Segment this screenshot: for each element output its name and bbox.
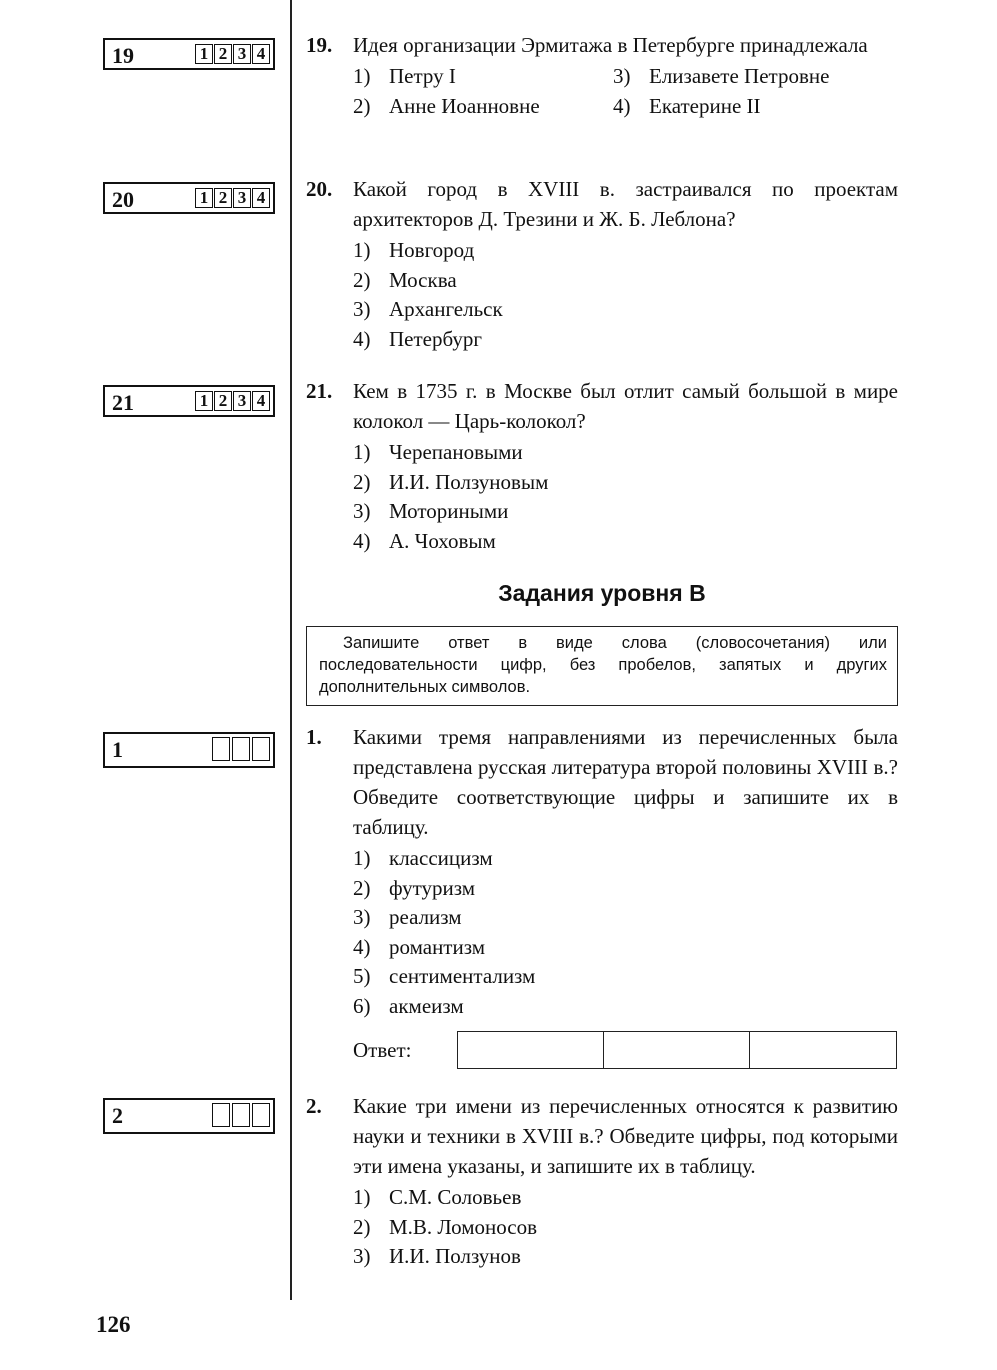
answer-box-21: 21 1 2 3 4 <box>103 385 275 417</box>
options-list: 1)Петру I 3)Елизавете Петровне 2)Анне Ио… <box>353 62 898 121</box>
option-number: 2) <box>353 266 389 296</box>
question-number: 20. <box>306 174 332 204</box>
answer-cells <box>212 1103 270 1127</box>
options-list: 1)классицизм 2)футуризм 3)реализм 4)рома… <box>353 844 898 1021</box>
answer-cell-input[interactable] <box>212 737 230 761</box>
answer-table-cell-2[interactable] <box>604 1032 750 1068</box>
option-number: 6) <box>353 992 389 1022</box>
question-number: 19. <box>306 30 332 60</box>
answer-table-cell-1[interactable] <box>458 1032 604 1068</box>
answer-table <box>457 1031 897 1069</box>
option: 4)Петербург <box>353 325 898 355</box>
answer-box-b1: 1 <box>103 732 275 768</box>
option-number: 3) <box>353 497 389 527</box>
section-title: Задания уровня В <box>306 580 898 607</box>
choice-4-checkbox[interactable]: 4 <box>252 391 270 411</box>
option-text: романтизм <box>389 935 485 959</box>
choice-group: 1 2 3 4 <box>195 44 270 64</box>
option-text: сентиментализм <box>389 964 535 988</box>
option-text: М.В. Ломоносов <box>389 1215 537 1239</box>
option: 1)Петру I <box>353 62 613 92</box>
option-text: С.М. Соловьев <box>389 1185 521 1209</box>
option: 2)И.И. Ползуновым <box>353 468 898 498</box>
choice-4-checkbox[interactable]: 4 <box>252 44 270 64</box>
option-number: 2) <box>353 874 389 904</box>
question-20: 20. Какой город в XVIII в. застраивался … <box>306 174 898 354</box>
option: 6)акмеизм <box>353 992 898 1022</box>
option-number: 1) <box>353 844 389 874</box>
choice-1-checkbox[interactable]: 1 <box>195 391 213 411</box>
option: 2)футуризм <box>353 874 898 904</box>
option-number: 5) <box>353 962 389 992</box>
answer-box-label: 2 <box>112 1103 123 1129</box>
option: 2)Анне Иоанновне <box>353 92 613 122</box>
question-21: 21. Кем в 1735 г. в Москве был отлит сам… <box>306 376 898 556</box>
option-number: 1) <box>353 438 389 468</box>
option-text: Новгород <box>389 238 474 262</box>
option-number: 2) <box>353 468 389 498</box>
option-number: 3) <box>353 295 389 325</box>
option: 1)Черепановыми <box>353 438 898 468</box>
option-number: 4) <box>353 325 389 355</box>
option-number: 4) <box>353 527 389 557</box>
option-text: Петру I <box>389 64 456 88</box>
answer-cell-input[interactable] <box>212 1103 230 1127</box>
option-text: Моториными <box>389 499 508 523</box>
answer-box-label: 21 <box>112 390 134 416</box>
choice-3-checkbox[interactable]: 3 <box>233 188 251 208</box>
choice-group: 1 2 3 4 <box>195 391 270 411</box>
option-text: И.И. Ползунов <box>389 1244 521 1268</box>
answer-table-cell-3[interactable] <box>750 1032 896 1068</box>
option-text: Москва <box>389 268 457 292</box>
question-b2: 2. Какие три имени из перечисленных отно… <box>306 1091 898 1272</box>
option-number: 3) <box>613 62 649 92</box>
option: 1)классицизм <box>353 844 898 874</box>
workbook-page: 19 1 2 3 4 20 1 2 3 4 21 1 2 3 4 1 <box>0 0 997 1370</box>
option-number: 4) <box>353 933 389 963</box>
option-text: А. Чоховым <box>389 529 496 553</box>
choice-2-checkbox[interactable]: 2 <box>214 391 232 411</box>
answer-box-19: 19 1 2 3 4 <box>103 38 275 70</box>
question-text: Идея организации Эрмитажа в Петербурге п… <box>353 30 898 60</box>
option-text: И.И. Ползуновым <box>389 470 548 494</box>
option-text: классицизм <box>389 846 493 870</box>
option-number: 4) <box>613 92 649 122</box>
answer-cell-input[interactable] <box>252 1103 270 1127</box>
option: 3)Архангельск <box>353 295 898 325</box>
page-number: 126 <box>96 1312 131 1338</box>
answer-box-label: 19 <box>112 43 134 69</box>
option: 3)И.И. Ползунов <box>353 1242 898 1272</box>
answer-cell-input[interactable] <box>252 737 270 761</box>
instruction-box: Запишите ответ в виде слова (словосочета… <box>306 626 898 706</box>
option: 3)Елизавете Петровне <box>613 62 873 92</box>
answer-cell-input[interactable] <box>232 1103 250 1127</box>
option: 3)реализм <box>353 903 898 933</box>
answer-label: Ответ: <box>353 1038 457 1063</box>
choice-3-checkbox[interactable]: 3 <box>233 44 251 64</box>
options-list: 1)Новгород 2)Москва 3)Архангельск 4)Пете… <box>353 236 898 354</box>
option: 1)С.М. Соловьев <box>353 1183 898 1213</box>
option: 4)романтизм <box>353 933 898 963</box>
choice-4-checkbox[interactable]: 4 <box>252 188 270 208</box>
option-text: Петербург <box>389 327 482 351</box>
choice-1-checkbox[interactable]: 1 <box>195 44 213 64</box>
answer-box-label: 20 <box>112 187 134 213</box>
answer-cell-input[interactable] <box>232 737 250 761</box>
answer-box-20: 20 1 2 3 4 <box>103 182 275 214</box>
option-text: Екатерине II <box>649 94 761 118</box>
option-text: Елизавете Петровне <box>649 64 829 88</box>
option: 3)Моториными <box>353 497 898 527</box>
answer-cells <box>212 737 270 761</box>
option-text: Черепановыми <box>389 440 523 464</box>
options-list: 1)С.М. Соловьев 2)М.В. Ломоносов 3)И.И. … <box>353 1183 898 1272</box>
option: 2)М.В. Ломоносов <box>353 1213 898 1243</box>
question-b1: 1. Какими тремя направлениями из перечис… <box>306 722 898 1021</box>
option: 1)Новгород <box>353 236 898 266</box>
answer-box-b2: 2 <box>103 1098 275 1134</box>
option: 4)Екатерине II <box>613 92 873 122</box>
question-number: 21. <box>306 376 332 406</box>
answer-box-label: 1 <box>112 737 123 763</box>
option-number: 1) <box>353 236 389 266</box>
option: 4)А. Чоховым <box>353 527 898 557</box>
choice-group: 1 2 3 4 <box>195 188 270 208</box>
choice-2-checkbox[interactable]: 2 <box>214 44 232 64</box>
question-number: 1. <box>306 722 322 752</box>
choice-1-checkbox[interactable]: 1 <box>195 188 213 208</box>
option-text: футуризм <box>389 876 475 900</box>
question-text: Какие три имени из перечисленных относят… <box>353 1091 898 1181</box>
option-number: 1) <box>353 1183 389 1213</box>
question-number: 2. <box>306 1091 322 1121</box>
question-text: Кем в 1735 г. в Москве был отлит самый б… <box>353 376 898 436</box>
question-text: Какими тремя направлениями из перечислен… <box>353 722 898 842</box>
column-divider <box>290 0 292 1300</box>
option-text: Архангельск <box>389 297 503 321</box>
choice-3-checkbox[interactable]: 3 <box>233 391 251 411</box>
option-number: 2) <box>353 92 389 122</box>
options-list: 1)Черепановыми 2)И.И. Ползуновым 3)Мотор… <box>353 438 898 556</box>
option-text: акмеизм <box>389 994 464 1018</box>
option: 5)сентиментализм <box>353 962 898 992</box>
question-text: Какой город в XVIII в. застраивался по п… <box>353 174 898 234</box>
option-text: Анне Иоанновне <box>389 94 540 118</box>
option-number: 3) <box>353 903 389 933</box>
option-text: реализм <box>389 905 462 929</box>
option-number: 1) <box>353 62 389 92</box>
option-number: 2) <box>353 1213 389 1243</box>
option-number: 3) <box>353 1242 389 1272</box>
choice-2-checkbox[interactable]: 2 <box>214 188 232 208</box>
answer-row: Ответ: <box>353 1031 897 1069</box>
question-19: 19. Идея организации Эрмитажа в Петербур… <box>306 30 898 121</box>
option: 2)Москва <box>353 266 898 296</box>
